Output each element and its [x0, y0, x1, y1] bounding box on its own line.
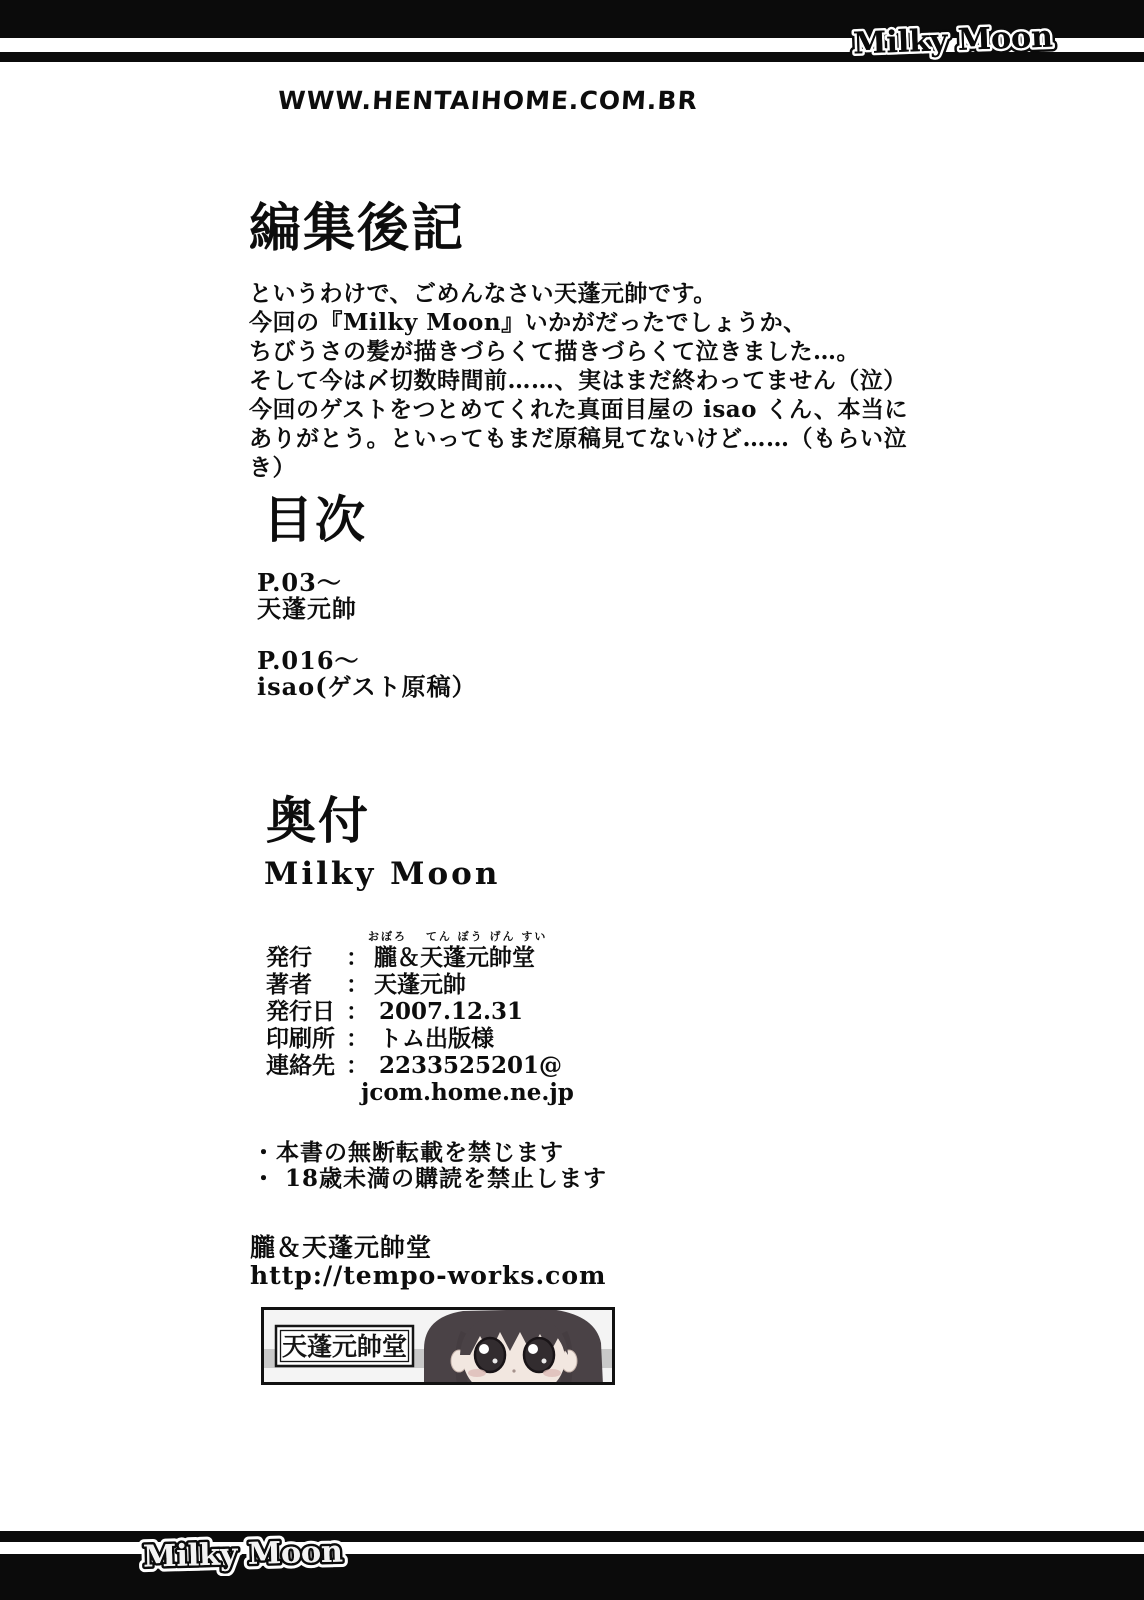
banner-label-text: 天蓬元帥堂 — [282, 1332, 407, 1361]
circle-banner: 天蓬元帥堂 — [261, 1307, 615, 1385]
watermark-url: WWW.HENTAIHOME.COM.BR — [277, 86, 698, 115]
milky-moon-logo-top: Milky Moon Milky Moon Milky Moon — [843, 18, 1063, 62]
colophon-label: 著者 — [266, 972, 346, 998]
colophon-row-author: 著者：天蓬元帥 — [266, 972, 466, 998]
circle-banner-art: 天蓬元帥堂 — [261, 1307, 615, 1385]
colophon-heading: 奥付 — [266, 793, 370, 849]
afterword-line: 今回の『Milky Moon』いかがだったでしょうか、 — [249, 308, 929, 337]
header-logo-text: Milky Moon — [853, 20, 1054, 62]
toc-entry-pages: P.016～ — [257, 648, 360, 674]
colophon-label: 連絡先 — [266, 1053, 346, 1079]
toc-entry-pages: P.03～ — [257, 570, 342, 596]
footer-logo-text: Milky Moon — [143, 1534, 344, 1574]
furigana-reading: おぼろ てん ぼう げん すい — [368, 928, 547, 944]
note-no-reproduction: ・本書の無断転載を禁じます — [252, 1140, 564, 1166]
afterword-line: というわけで、ごめんなさい天蓬元帥です。 — [249, 279, 929, 308]
colophon-value: 2233525201@ — [369, 1052, 562, 1079]
circle-website: http://tempo-works.com — [250, 1262, 607, 1289]
colophon-row-date: 発行日：2007.12.31 — [266, 999, 523, 1025]
banner-label-box: 天蓬元帥堂 — [276, 1326, 413, 1366]
colophon-label: 印刷所 — [266, 1026, 346, 1052]
colophon-colon: ： — [346, 998, 369, 1025]
afterword-line: ありがとう。といってもまだ原稿見てないけど……（もらい泣き） — [249, 424, 929, 482]
colophon-row-printer: 印刷所：トム出版様 — [266, 1026, 494, 1052]
colophon-row-publisher: 発行：朧＆天蓬元帥堂 — [266, 945, 535, 971]
toc-heading: 目次 — [263, 492, 367, 548]
colophon-row-contact-domain: jcom.home.ne.jp — [361, 1080, 574, 1106]
colophon-title: Milky Moon — [264, 856, 500, 892]
note-adults-only: ・ 18歳未満の購読を禁止します — [252, 1166, 607, 1192]
milky-moon-logo-bottom: Milky Moon Milky Moon Milky Moon — [133, 1532, 353, 1576]
afterword-heading: 編集後記 — [249, 201, 465, 257]
colophon-value: トム出版様 — [369, 1025, 494, 1052]
colophon-value: 天蓬元帥 — [369, 971, 466, 998]
colophon-value: 朧＆天蓬元帥堂 — [369, 944, 535, 971]
character-illustration — [424, 1309, 603, 1385]
afterword-paragraph: というわけで、ごめんなさい天蓬元帥です。 今回の『Milky Moon』いかがだ… — [249, 279, 929, 482]
colophon-label: 発行 — [266, 945, 346, 971]
colophon-colon: ： — [346, 971, 369, 998]
colophon-colon: ： — [346, 1025, 369, 1052]
afterword-line: ちびうさの髪が描きづらくて描きづらくて泣きました…。 — [249, 337, 929, 366]
colophon-value: 2007.12.31 — [369, 998, 523, 1025]
colophon-colon: ： — [346, 944, 369, 971]
toc-entry-title: 天蓬元帥 — [257, 596, 357, 622]
colophon-label: 発行日 — [266, 999, 346, 1025]
header-logo: Milky Moon Milky Moon Milky Moon — [843, 18, 1063, 62]
toc-entry-title: isao(ゲスト原稿） — [257, 674, 477, 700]
colophon-row-contact: 連絡先：2233525201@ — [266, 1053, 562, 1079]
circle-name: 朧＆天蓬元帥堂 — [250, 1234, 432, 1261]
footer-logo: Milky Moon Milky Moon Milky Moon — [133, 1532, 353, 1576]
afterword-line: 今回のゲストをつとめてくれた真面目屋の isao くん、本当に — [249, 395, 929, 424]
colophon-colon: ： — [346, 1052, 369, 1079]
afterword-line: そして今は〆切数時間前……、実はまだ終わってません（泣） — [249, 366, 929, 395]
